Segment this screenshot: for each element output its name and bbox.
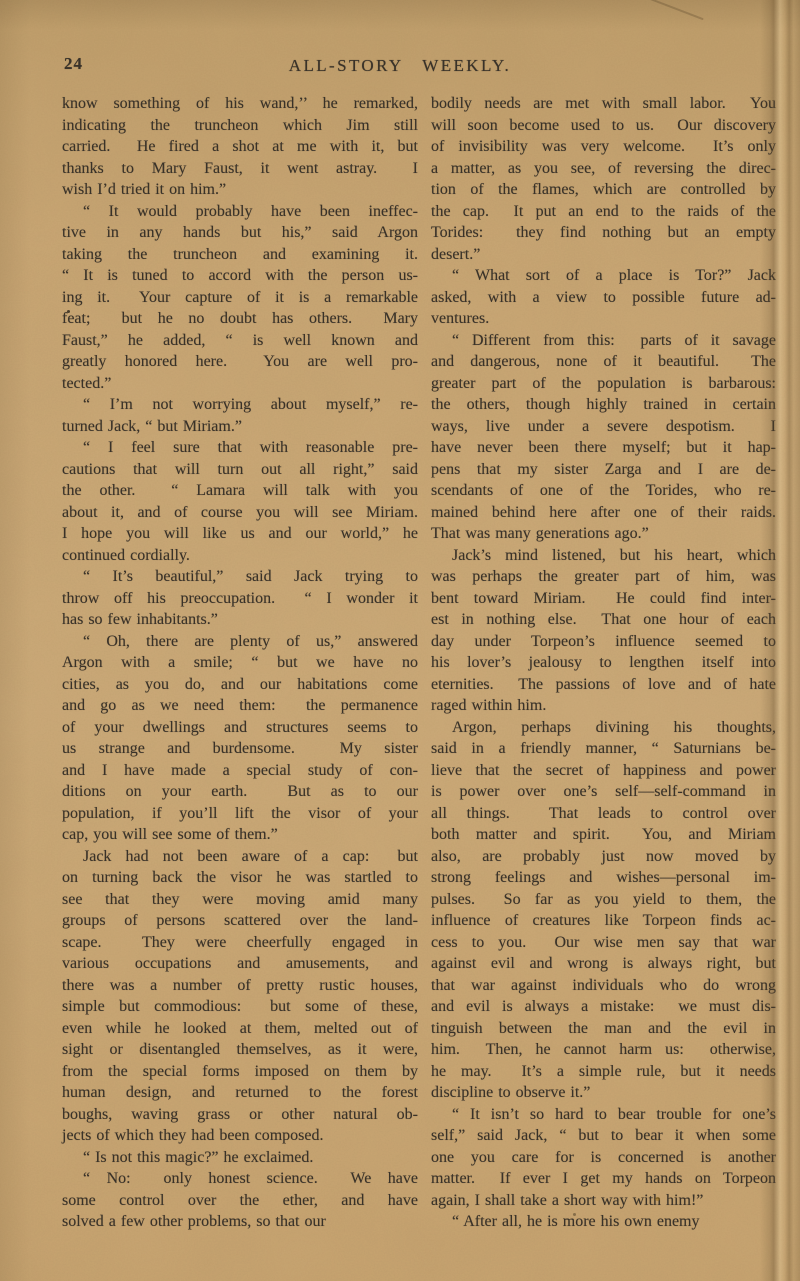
text-line: his lover’s jealousy to lengthen itself … — [431, 652, 776, 674]
text-line: discipline to observe it.” — [431, 1082, 776, 1104]
text-line: the others, though highly trained in cer… — [431, 394, 776, 416]
text-line: and go as we need them: the permanence — [62, 695, 418, 717]
text-line: Argon with a smile; “ but we have no — [62, 652, 418, 674]
text-line: asked, with a view to possible future ad… — [431, 287, 776, 309]
paragraph: “ No: only honest science. We havesome c… — [62, 1168, 418, 1233]
text-line: “ No: only honest science. We have — [62, 1168, 418, 1190]
paragraph: “ It isn’t so hard to bear trouble for o… — [431, 1104, 776, 1212]
text-line: Torides: they find nothing but an empty — [431, 222, 776, 244]
text-line: influence of creatures like Torpeon find… — [431, 910, 776, 932]
text-line: “ I’m not worrying about myself,” re- — [62, 394, 418, 416]
text-line: has so few inhabitants.” — [62, 609, 418, 631]
text-line: continued cordially. — [62, 545, 418, 567]
paragraph: “ Is not this magic?” he exclaimed. — [62, 1147, 418, 1169]
text-line: him. Then, he cannot harm us: otherwise, — [431, 1039, 776, 1061]
text-line: will soon become used to us. Our discove… — [431, 115, 776, 137]
text-line: know something of his wand,’’ he remarke… — [62, 93, 418, 115]
running-head-title: ALL-STORY WEEKLY. — [0, 56, 800, 76]
text-line: thanks to Mary Faust, it went astray. I — [62, 158, 418, 180]
text-line: “ Is not this magic?” he exclaimed. — [62, 1147, 418, 1169]
paragraph: “ After all, he is more his own enemy — [431, 1211, 776, 1233]
paragraph: “ What sort of a place is Tor?” Jackaske… — [431, 265, 776, 330]
text-line: the cap. It put an end to the raids of t… — [431, 201, 776, 223]
text-line: “ It’s beautiful,” said Jack trying to — [62, 566, 418, 588]
text-line: tinguish between the man and the evil in — [431, 1018, 776, 1040]
text-line: “ I feel sure that with reasonable pre- — [62, 437, 418, 459]
right-column: bodily needs are met with small labor. Y… — [431, 93, 776, 1233]
text-line: about it, and of course you will see Mir… — [62, 502, 418, 524]
text-line: on turning back the visor he was startle… — [62, 867, 418, 889]
magazine-page: 24 ALL-STORY WEEKLY. know something of h… — [0, 0, 800, 1281]
text-line: ing it. Your capture of it is a remarkab… — [62, 287, 418, 309]
text-line: throw off his preoccupation. “ I wonder … — [62, 588, 418, 610]
text-line: and I have made a special study of con- — [62, 760, 418, 782]
text-line: “ It isn’t so hard to bear trouble for o… — [431, 1104, 776, 1126]
paragraph: Argon, perhaps divining his thoughts,sai… — [431, 717, 776, 1104]
text-line: “ Different from this: parts of it savag… — [431, 330, 776, 352]
text-line: of your dwellings and structures seems t… — [62, 717, 418, 739]
text-line: feat; but he no doubt has others. Mary — [62, 308, 418, 330]
text-line: Jack’s mind listened, but his heart, whi… — [431, 545, 776, 567]
paragraph: “ I feel sure that with reasonable pre-c… — [62, 437, 418, 566]
text-line: Argon, perhaps divining his thoughts, — [431, 717, 776, 739]
paragraph: “ I’m not worrying about myself,” re-tur… — [62, 394, 418, 437]
text-line: tion of the flames, which are controlled… — [431, 179, 776, 201]
text-line: “ It is tuned to accord with the person … — [62, 265, 418, 287]
text-line: both matter and spirit. You, and Miriam — [431, 824, 776, 846]
text-line: there was a number of pretty rustic hous… — [62, 975, 418, 997]
paper-scratch — [628, 0, 703, 20]
text-line: Faust,” he added, “ is well known and — [62, 330, 418, 352]
text-line: also, are probably just now moved by — [431, 846, 776, 868]
text-line: wish I’d tried it on him.” — [62, 179, 418, 201]
text-line: ways, live under a severe despotism. I — [431, 416, 776, 438]
paragraph: “ Different from this: parts of it savag… — [431, 330, 776, 545]
text-line: mained behind here after one of their ra… — [431, 502, 776, 524]
paragraph: Jack had not been aware of a cap: buton … — [62, 846, 418, 1147]
text-line: lieve that the secret of happiness and p… — [431, 760, 776, 782]
text-line: bodily needs are met with small labor. Y… — [431, 93, 776, 115]
text-line: raged within him. — [431, 695, 776, 717]
paragraph: “ It’s beautiful,” said Jack trying toth… — [62, 566, 418, 631]
text-line: est in nothing else. That one hour of ea… — [431, 609, 776, 631]
text-line: eternities. The passions of love and of … — [431, 674, 776, 696]
text-line: I hope you will like us and our world,” … — [62, 523, 418, 545]
text-line: various occupations and amusements, and — [62, 953, 418, 975]
text-line: population, if you’ll lift the visor of … — [62, 803, 418, 825]
text-line: matter. If ever I get my hands on Torpeo… — [431, 1168, 776, 1190]
text-line: a matter, as you see, of reversing the d… — [431, 158, 776, 180]
text-line: pens that my sister Zarga and I are de- — [431, 459, 776, 481]
text-line: day under Torpeon’s influence seemed to — [431, 631, 776, 653]
text-line: That was many generations ago.” — [431, 523, 776, 545]
text-line: one you care for is concerned is another — [431, 1147, 776, 1169]
text-line: solved a few other problems, so that our — [62, 1211, 418, 1233]
text-line: tected.” — [62, 373, 418, 395]
text-line: cap, you will see some of them.” — [62, 824, 418, 846]
paragraph: bodily needs are met with small labor. Y… — [431, 93, 776, 265]
text-line: said in a friendly manner, “ Saturnians … — [431, 738, 776, 760]
text-line: again, I shall take a short way with him… — [431, 1190, 776, 1212]
paragraph: Jack’s mind listened, but his heart, whi… — [431, 545, 776, 717]
paragraph: “ It would probably have been ineffec-ti… — [62, 201, 418, 395]
text-line: against evil and wrong is always right, … — [431, 953, 776, 975]
text-line: groups of persons scattered over the lan… — [62, 910, 418, 932]
text-line: boughs, waving grass or other natural ob… — [62, 1104, 418, 1126]
text-line: strong feelings and wishes—personal im- — [431, 867, 776, 889]
text-line: sight or disentangled themselves, as it … — [62, 1039, 418, 1061]
text-line: tive in any hands but his,” said Argon — [62, 222, 418, 244]
text-line: human design, and returned to the forest — [62, 1082, 418, 1104]
text-line: cess to you. Our wise men say that war — [431, 932, 776, 954]
text-line: cautions that will turn out all right,” … — [62, 459, 418, 481]
text-line: indicating the truncheon which Jim still — [62, 115, 418, 137]
text-line: scape. They were cheerfully engaged in — [62, 932, 418, 954]
text-line: Jack had not been aware of a cap: but — [62, 846, 418, 868]
text-line: all things. That leads to control over — [431, 803, 776, 825]
text-line: some control over the ether, and have — [62, 1190, 418, 1212]
left-column: know something of his wand,’’ he remarke… — [62, 93, 418, 1233]
text-line: even while he looked at them, melted out… — [62, 1018, 418, 1040]
text-line: he may. It’s a simple rule, but it needs — [431, 1061, 776, 1083]
text-line: “ After all, he is more his own enemy — [431, 1211, 776, 1233]
text-line: and evil is always a mistake: we must di… — [431, 996, 776, 1018]
text-line: the other. “ Lamara will talk with you — [62, 480, 418, 502]
text-line: us strange and burdensome. My sister — [62, 738, 418, 760]
text-line: from the special forms imposed on them b… — [62, 1061, 418, 1083]
paragraph: know something of his wand,’’ he remarke… — [62, 93, 418, 201]
text-line: have never been there myself; but it hap… — [431, 437, 776, 459]
text-line: ventures. — [431, 308, 776, 330]
text-line: greatly honored here. You are well pro- — [62, 351, 418, 373]
text-line: of invisibility was very welcome. It’s o… — [431, 136, 776, 158]
text-line: was perhaps the greater part of him, was — [431, 566, 776, 588]
text-line: “ What sort of a place is Tor?” Jack — [431, 265, 776, 287]
text-line: “ It would probably have been ineffec- — [62, 201, 418, 223]
text-line: jects of which they had been composed. — [62, 1125, 418, 1147]
text-line: greater part of the population is barbar… — [431, 373, 776, 395]
text-line: “ Oh, there are plenty of us,” answered — [62, 631, 418, 653]
paragraph: “ Oh, there are plenty of us,” answeredA… — [62, 631, 418, 846]
text-line: bent toward Miriam. He could find inter- — [431, 588, 776, 610]
text-line: carried. He fired a shot at me with it, … — [62, 136, 418, 158]
text-line: turned Jack, “ but Miriam.” — [62, 416, 418, 438]
text-line: pulses. So far as you yield to them, the — [431, 889, 776, 911]
text-line: see that they were moving amid many — [62, 889, 418, 911]
text-line: cities, as you do, and our habitations c… — [62, 674, 418, 696]
text-line: and dangerous, none of it beautiful. The — [431, 351, 776, 373]
text-line: scendants of one of the Torides, who re- — [431, 480, 776, 502]
text-line: taking the truncheon and examining it. — [62, 244, 418, 266]
text-line: self,” said Jack, “ but to bear it when … — [431, 1125, 776, 1147]
text-line: ditions on your earth. But as to our — [62, 781, 418, 803]
text-line: desert.” — [431, 244, 776, 266]
text-line: that war against individuals who do wron… — [431, 975, 776, 997]
text-line: simple but commodious: but some of these… — [62, 996, 418, 1018]
text-line: is power over one’s self—self-command in — [431, 781, 776, 803]
